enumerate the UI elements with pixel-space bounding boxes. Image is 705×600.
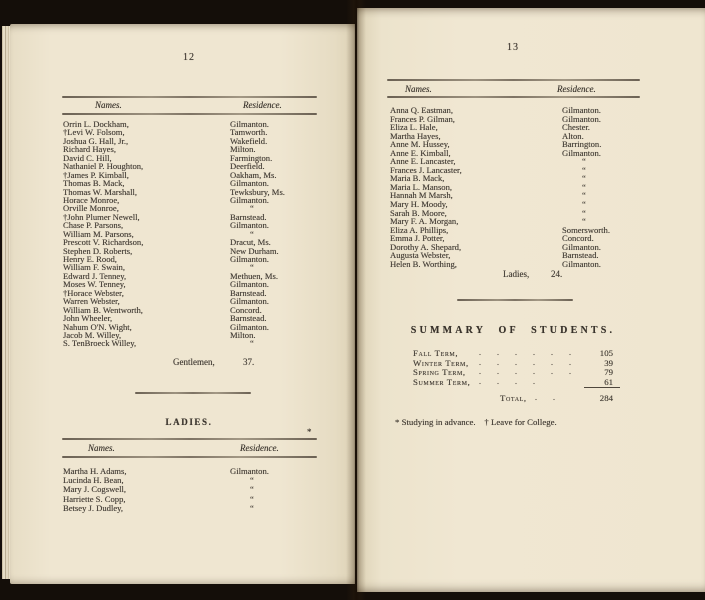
column-header-names: Names. (95, 100, 122, 110)
gentlemen-total-value: 37. (243, 357, 254, 367)
page-number-right: 13 (388, 42, 638, 53)
ladies-table-header: Names. Residence. (63, 443, 315, 455)
ladies-list-left: Martha H. Adams, Gilmanton. Lucinda H. B… (63, 467, 325, 513)
summary-value: 79 (581, 367, 613, 377)
leader-dots: . . . . . . (479, 348, 571, 357)
ladies-total-label: Ladies, (503, 269, 529, 279)
student-residence: “ (230, 339, 255, 348)
ladies-table-header-rule (62, 456, 317, 458)
column-header-residence: Residence. (240, 443, 279, 453)
summary-term-label: Fall Term, (413, 348, 458, 358)
student-row: S. TenBroeck Willey, “ (63, 339, 325, 347)
table-top-rule (62, 96, 317, 98)
gentlemen-table-header: Names. Residence. (63, 100, 315, 112)
gentlemen-list: Orrin L. Dockham, Gilmanton. †Levi W. Fo… (63, 120, 325, 348)
section-divider-rule (135, 392, 251, 394)
leader-dots: . . . . . . (479, 367, 571, 376)
summary-term-label: Spring Term, (413, 367, 466, 377)
leader-dots: . . . . . . (479, 358, 571, 367)
footnote: * Studying in advance. † Leave for Colle… (395, 417, 557, 427)
student-residence: Gilmanton. (562, 260, 601, 269)
student-row: Betsey J. Dudley, “ (63, 504, 325, 513)
table-header-rule (62, 113, 317, 115)
student-residence: “ (230, 504, 255, 513)
summary-title: SUMMARY OF STUDENTS. (388, 325, 638, 336)
summary-value: 105 (581, 348, 613, 358)
ladies-table-header: Names. Residence. (388, 84, 638, 96)
summary-value: 39 (581, 358, 613, 368)
table-top-rule (387, 79, 640, 81)
summary-row: Spring Term, . . . . . . 79 (413, 367, 645, 377)
summary-total-row: Total, . . 284 (413, 393, 645, 403)
column-header-names: Names. (405, 84, 432, 94)
page-12: 12 Names. Residence. Orrin L. Dockham, G… (10, 24, 355, 584)
summary-table: Fall Term, . . . . . . 105 Winter Term, … (413, 348, 645, 386)
summary-row: Winter Term, . . . . . . 39 (413, 358, 645, 368)
summary-row: Summer Term, . . . . 61 (413, 377, 645, 387)
column-header-names: Names. (88, 443, 115, 453)
column-header-residence: Residence. (243, 100, 282, 110)
ladies-list-right: Anna Q. Eastman, Gilmanton. Frances P. G… (390, 106, 650, 268)
ladies-heading: LADIES. (63, 417, 315, 427)
section-divider-rule (457, 299, 573, 301)
student-name: Helen B. Worthing, (390, 260, 457, 269)
student-name: Betsey J. Dudley, (63, 504, 123, 513)
book-scan: 12 Names. Residence. Orrin L. Dockham, G… (0, 0, 705, 600)
total-overline (584, 387, 620, 388)
student-row: Helen B. Worthing, Gilmanton. (390, 260, 650, 269)
leader-dots: . . (535, 393, 555, 402)
table-header-rule (387, 96, 640, 98)
summary-total-value: 284 (581, 393, 613, 403)
page-13: 13 Names. Residence. Anna Q. Eastman, Gi… (357, 8, 705, 592)
ladies-total-value: 24. (551, 269, 562, 279)
summary-term-label: Summer Term, (413, 377, 470, 387)
summary-term-label: Winter Term, (413, 358, 469, 368)
gentlemen-total-label: Gentlemen, (173, 357, 215, 367)
leader-dots: . . . . (479, 377, 535, 386)
ladies-total: Ladies, 24. (357, 269, 705, 281)
page-number-left: 12 (63, 52, 315, 63)
summary-total-label: Total, (500, 393, 527, 403)
column-header-residence: Residence. (557, 84, 596, 94)
summary-value: 61 (581, 377, 613, 387)
footnote-asterisk-marker: * (307, 427, 312, 437)
ladies-table-top-rule (62, 438, 317, 440)
gentlemen-total: Gentlemen, 37. (10, 357, 355, 369)
summary-row: Fall Term, . . . . . . 105 (413, 348, 645, 358)
student-name: S. TenBroeck Willey, (63, 339, 136, 348)
